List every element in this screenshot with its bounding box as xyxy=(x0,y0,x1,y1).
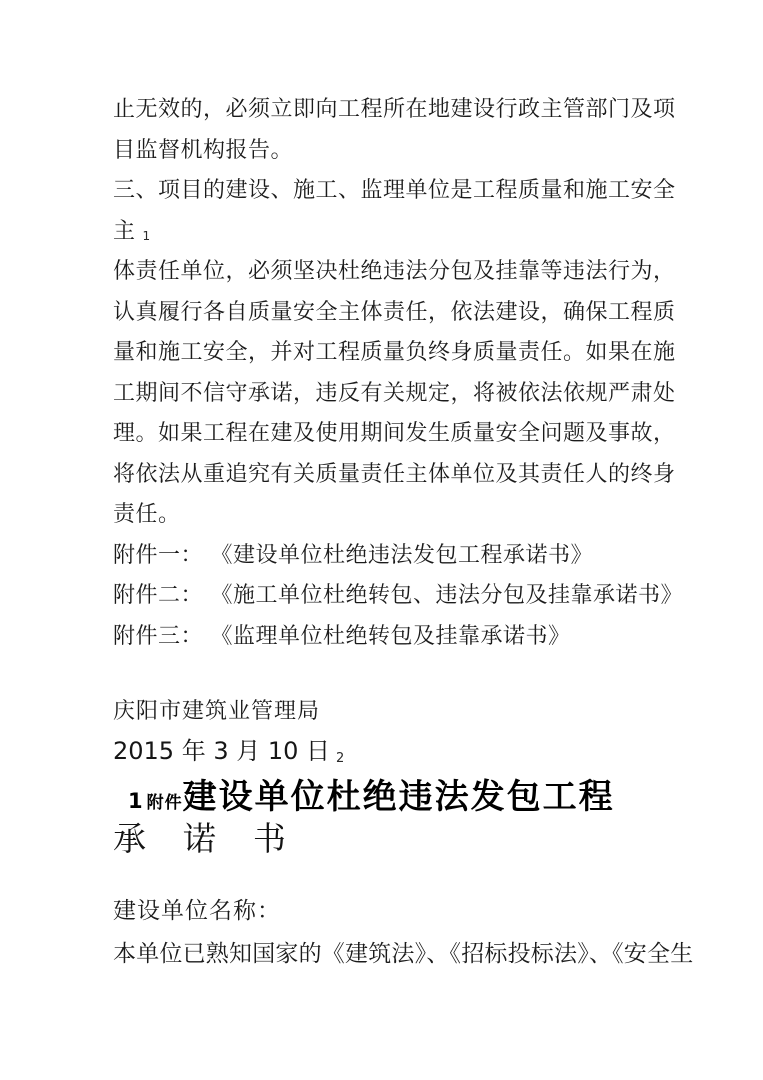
body-line: 止无效的，必须立即向工程所在地建设行政主管部门及项 xyxy=(113,90,658,131)
attachment-list-item: 附件二： 《施工单位杜绝转包、违法分包及挂靠承诺书》 xyxy=(113,576,658,617)
agency-signature: 庆阳市建筑业管理局 xyxy=(113,697,320,727)
date-text: 2015 年 3 月 10 日 xyxy=(113,737,330,765)
body-line: 三、项目的建设、施工、监理单位是工程质量和施工安全 xyxy=(113,171,658,212)
document-page: 止无效的，必须立即向工程所在地建设行政主管部门及项 目监督机构报告。 三、项目的… xyxy=(0,0,763,1080)
body-line: 责任。 xyxy=(113,495,658,536)
footnote-marker: 2 xyxy=(336,751,344,766)
body-line: 理。如果工程在建及使用期间发生质量安全问题及事故， xyxy=(113,414,658,455)
body-line: 量和施工安全，并对工程质量负终身质量责任。如果在施 xyxy=(113,333,658,374)
attachment-list-item: 附件一： 《建设单位杜绝违法发包工程承诺书》 xyxy=(113,536,658,577)
body-line: 将依法从重追究有关质量责任主体单位及其责任人的终身 xyxy=(113,455,658,496)
body-line: 主1 xyxy=(113,212,658,253)
promise-letter-title: 承 诺 书 xyxy=(113,818,288,860)
body-line: 体责任单位，必须坚决杜绝违法分包及挂靠等违法行为， xyxy=(113,252,658,293)
attachment-label: 附件 xyxy=(147,793,183,813)
attachment-title: 建设单位杜绝违法发包工程 xyxy=(183,777,615,817)
body-line: 目监督机构报告。 xyxy=(113,131,658,172)
date-line: 2015 年 3 月 10 日2 xyxy=(113,735,344,772)
footnote-marker: 1 xyxy=(143,229,151,243)
attachment-list-item: 附件三： 《监理单位杜绝转包及挂靠承诺书》 xyxy=(113,617,658,658)
attachment-number: 1 xyxy=(128,789,144,813)
form-intro-line: 本单位已熟知国家的《建筑法》、《招标投标法》、《安全生 xyxy=(113,937,693,971)
body-line: 工期间不信守承诺，违反有关规定，将被依法依规严肃处 xyxy=(113,374,658,415)
unit-name-label: 建设单位名称： xyxy=(113,894,281,928)
body-line-text: 主 xyxy=(113,219,136,244)
body-paragraphs: 止无效的，必须立即向工程所在地建设行政主管部门及项 目监督机构报告。 三、项目的… xyxy=(113,90,658,657)
body-line: 认真履行各自质量安全主体责任，依法建设，确保工程质 xyxy=(113,293,658,334)
